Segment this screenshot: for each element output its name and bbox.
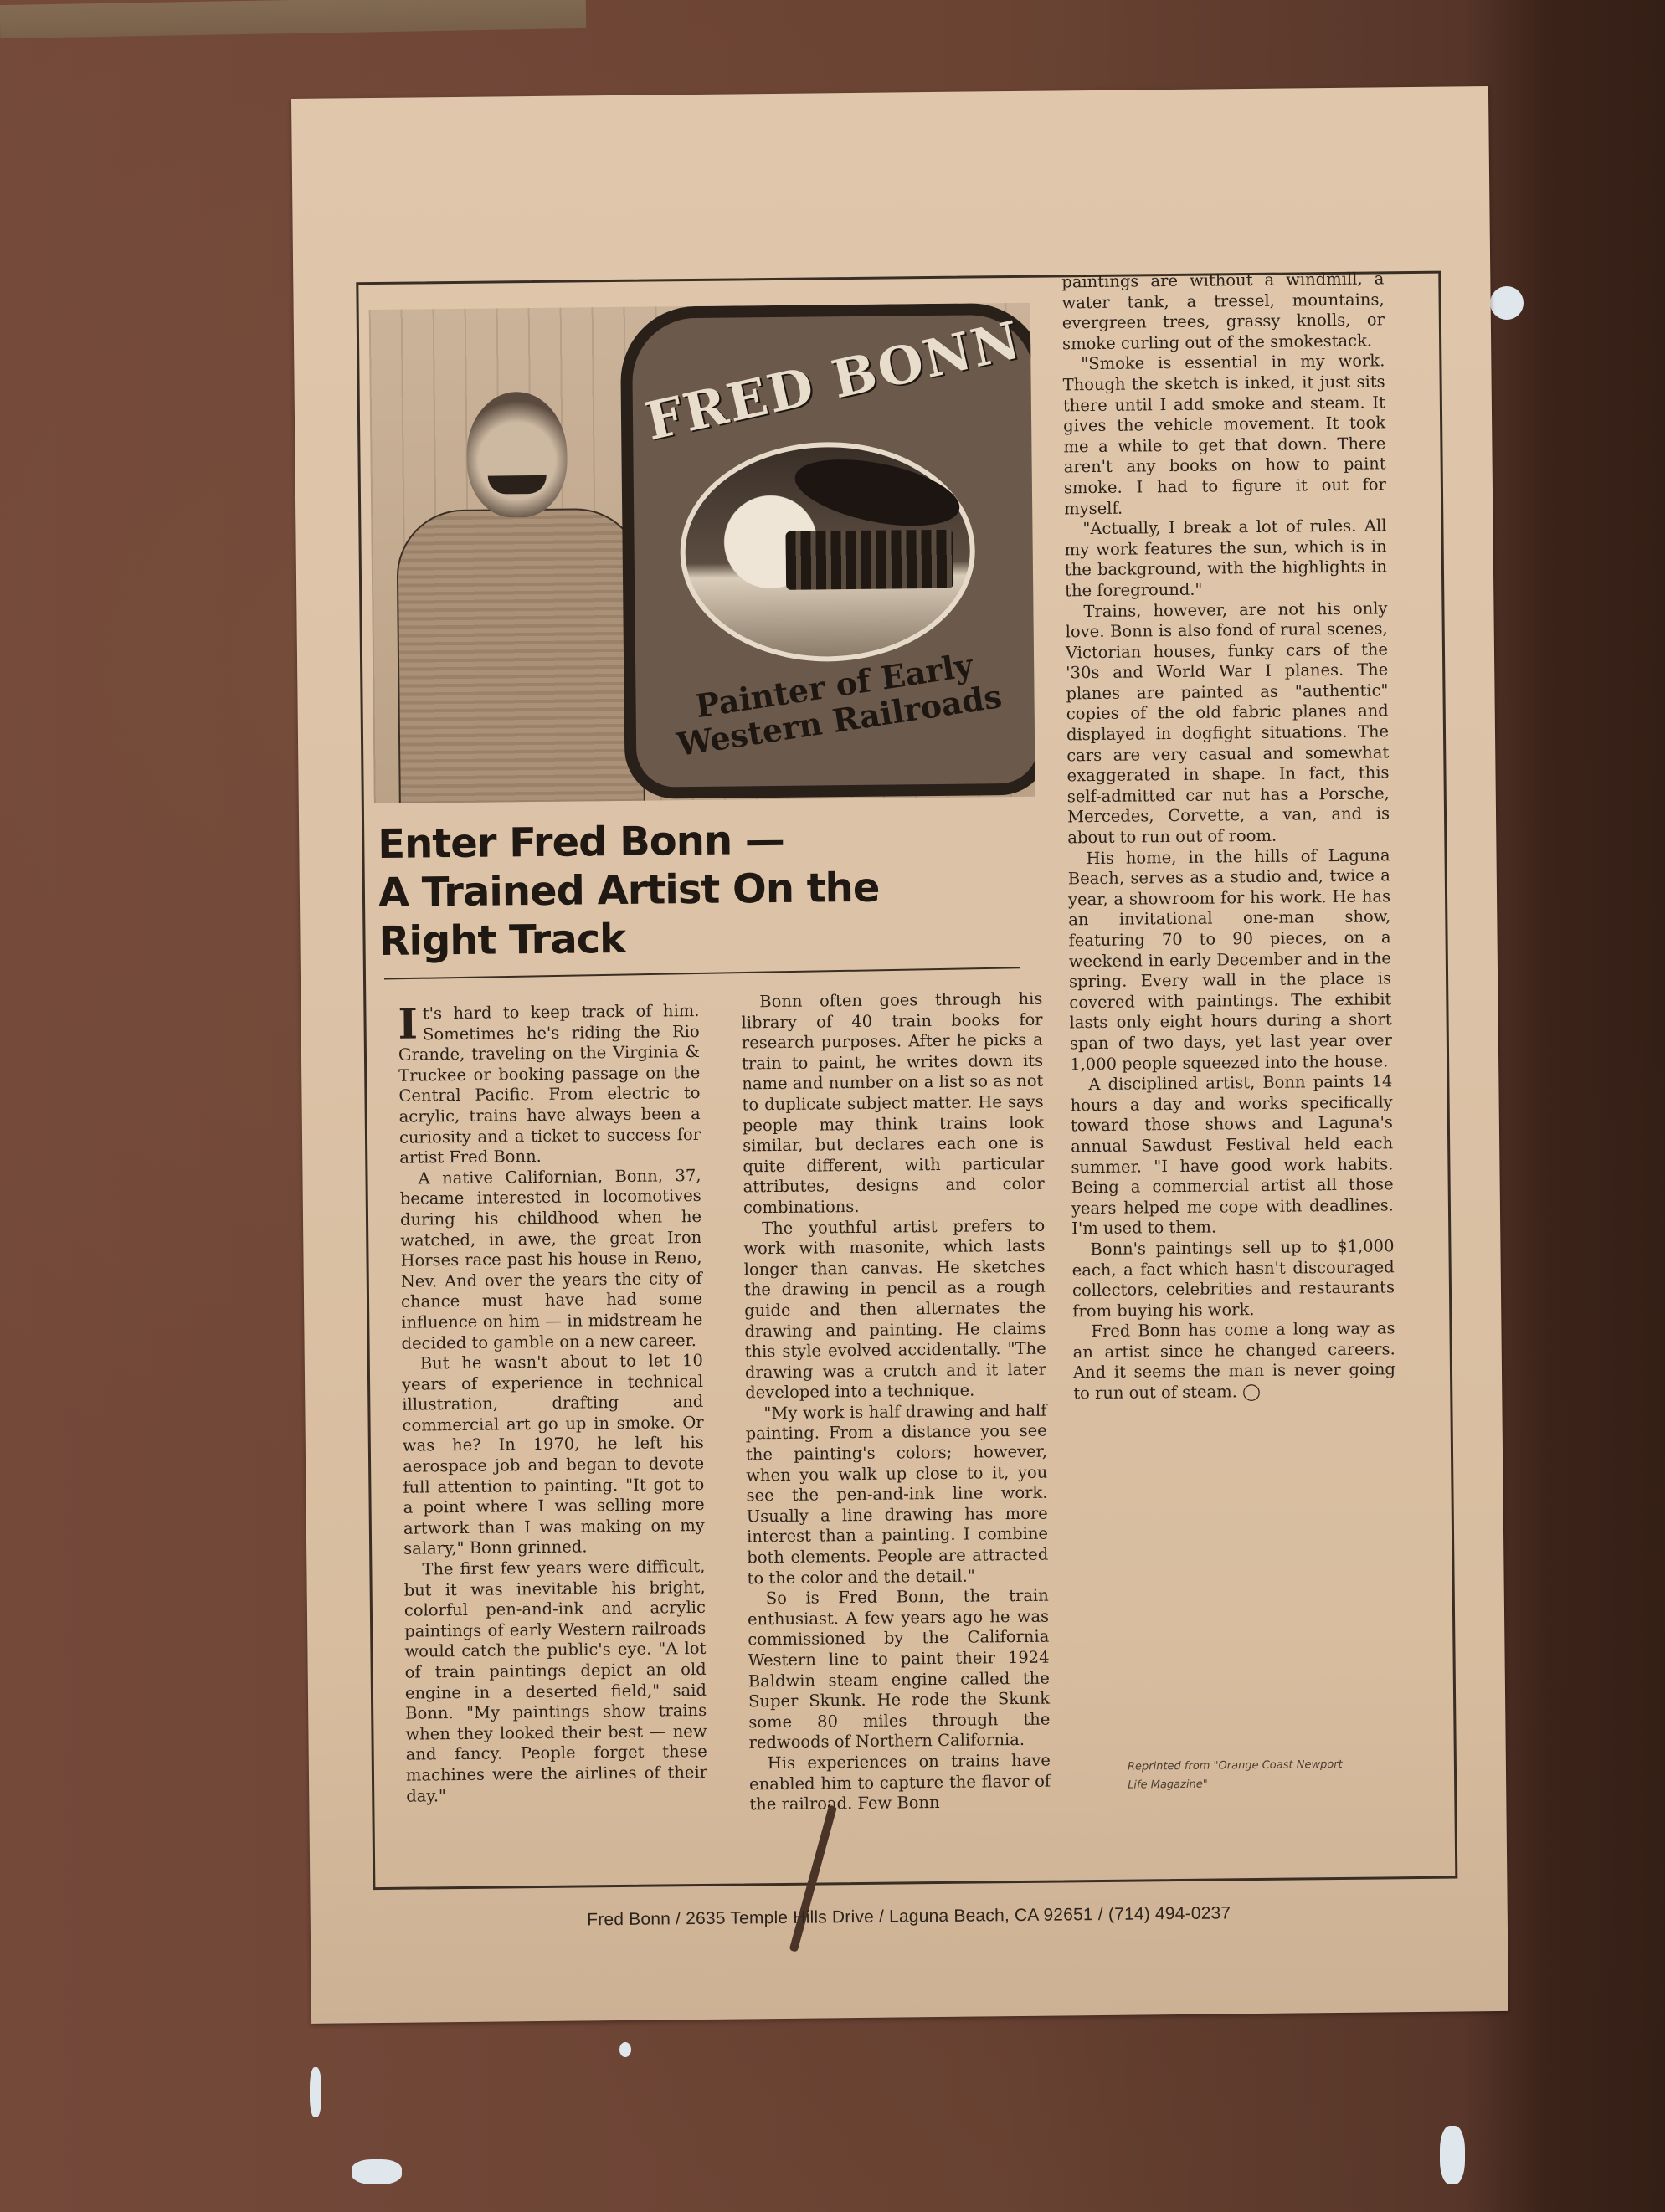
paragraph: "My work is half drawing and half painti… [745, 1401, 1048, 1589]
paragraph: Trains, however, are not his only love. … [1065, 598, 1390, 849]
paragraph: A native Californian, Bonn, 37, became i… [399, 1166, 702, 1354]
locomotive-icon [785, 530, 953, 590]
article-column-2: Bonn often goes through his library of 4… [741, 989, 1051, 1815]
smoke-plume [789, 448, 965, 538]
sign-title: FRED BONN [630, 307, 1035, 454]
paragraph: It's hard to keep track of him. Sometime… [398, 1001, 701, 1169]
head [466, 392, 568, 518]
paragraph: The first few years were difficult, but … [403, 1557, 707, 1807]
newspaper-clipping: FRED BONN Painter of Early Western Railr… [291, 86, 1508, 2024]
paragraph-text: t's hard to keep track of him. Sometimes… [398, 1001, 701, 1168]
wall-trim [0, 0, 586, 38]
paragraph: But he wasn't about to let 10 years of e… [402, 1351, 706, 1560]
headline-line1: Enter Fred Bonn — [378, 813, 1015, 869]
paragraph: "Actually, I break a lot of rules. All m… [1064, 516, 1387, 601]
paragraph: A disciplined artist, Bonn paints 14 hou… [1070, 1071, 1394, 1239]
article-column-3: paintings are without a windmill, a wate… [1061, 269, 1395, 1404]
paragraph: Bonn often goes through his library of 4… [741, 989, 1045, 1219]
paragraph: Fred Bonn has come a long way as an arti… [1072, 1319, 1395, 1404]
paragraph: His home, in the hills of Laguna Beach, … [1067, 845, 1392, 1075]
paper-tear [789, 1804, 837, 1952]
painter-sign: FRED BONN Painter of Early Western Railr… [620, 303, 1035, 799]
paragraph: So is Fred Bonn, the train enthusiast. A… [748, 1586, 1051, 1754]
article-frame: FRED BONN Painter of Early Western Railr… [356, 271, 1457, 1890]
reprint-credit: Reprinted from "Orange Coast Newport Lif… [1128, 1755, 1412, 1795]
headline-line3: Right Track [378, 911, 1015, 966]
reprint-line2: Life Magazine" [1128, 1773, 1412, 1795]
headline-rule [384, 967, 1020, 979]
paint-spot [1440, 2126, 1465, 2184]
paragraph: paintings are without a windmill, a wate… [1061, 269, 1385, 354]
article-photo: FRED BONN Painter of Early Western Railr… [369, 303, 1035, 803]
paint-spot [619, 2042, 631, 2057]
article-headline: Enter Fred Bonn — A Trained Artist On th… [378, 813, 1015, 966]
paragraph: His experiences on trains have enabled h… [749, 1751, 1051, 1816]
drop-cap: I [398, 1005, 423, 1042]
paragraph: The youthful artist prefers to work with… [743, 1215, 1046, 1404]
shirt [396, 508, 645, 803]
paint-spot [310, 2067, 321, 2117]
paragraph: Bonn's paintings sell up to $1,000 each,… [1071, 1236, 1395, 1322]
portrait-fred-bonn [386, 374, 641, 803]
paint-spot [352, 2159, 402, 2184]
headline-line2: A Trained Artist On the [378, 862, 1015, 917]
article-column-1: It's hard to keep track of him. Sometime… [398, 1001, 707, 1807]
train-illustration [679, 440, 976, 663]
paragraph: "Smoke is essential in my work. Though t… [1062, 352, 1386, 520]
contact-footer: Fred Bonn / 2635 Temple Hills Drive / La… [311, 1901, 1508, 1933]
paint-spot [1490, 286, 1524, 320]
